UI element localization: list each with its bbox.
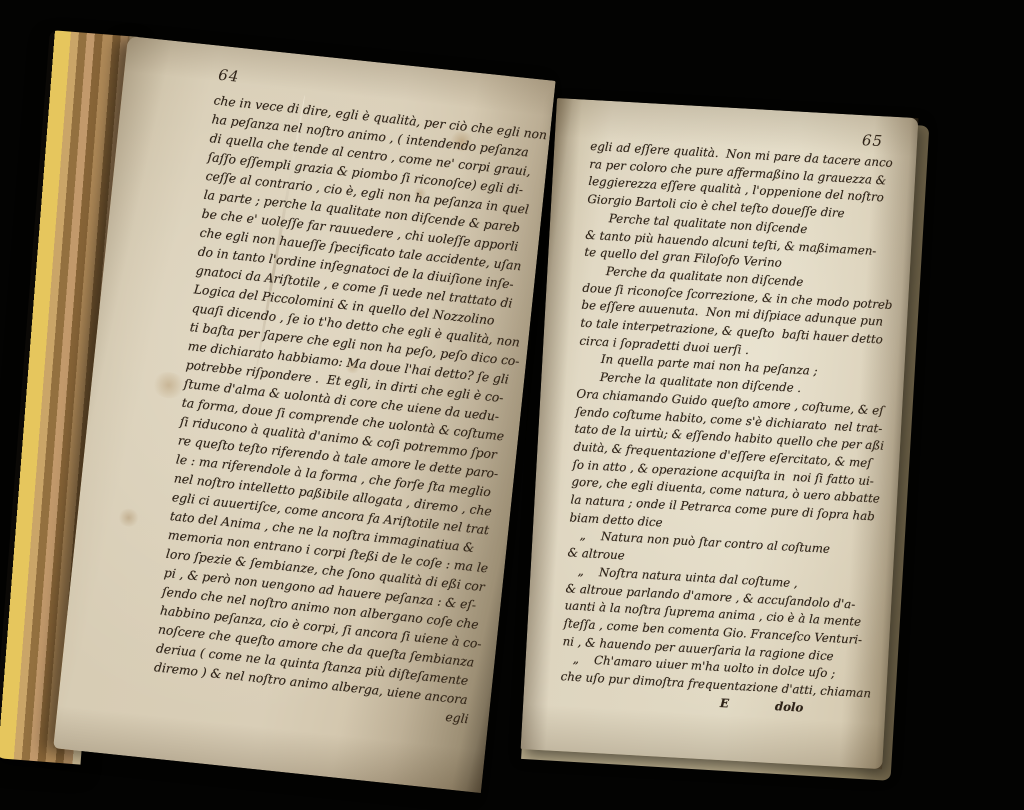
page-number-left: 64 [218,66,241,86]
catchword: dolo [774,698,803,717]
photo-background: 64 che in vece di dire, egli è qualità, … [0,0,1024,810]
stain [117,508,141,528]
left-page-text: che in vece di dire, egli è qualità, per… [151,91,531,729]
stain [150,370,187,399]
page-number-right: 65 [862,131,884,150]
right-page-text: egli ad eſſere qualità. Non mi pare da t… [559,138,892,720]
left-page: 64 che in vece di dire, egli è qualità, … [53,36,555,793]
right-page: 65 egli ad eſſere qualità. Non mi pare d… [521,98,919,769]
